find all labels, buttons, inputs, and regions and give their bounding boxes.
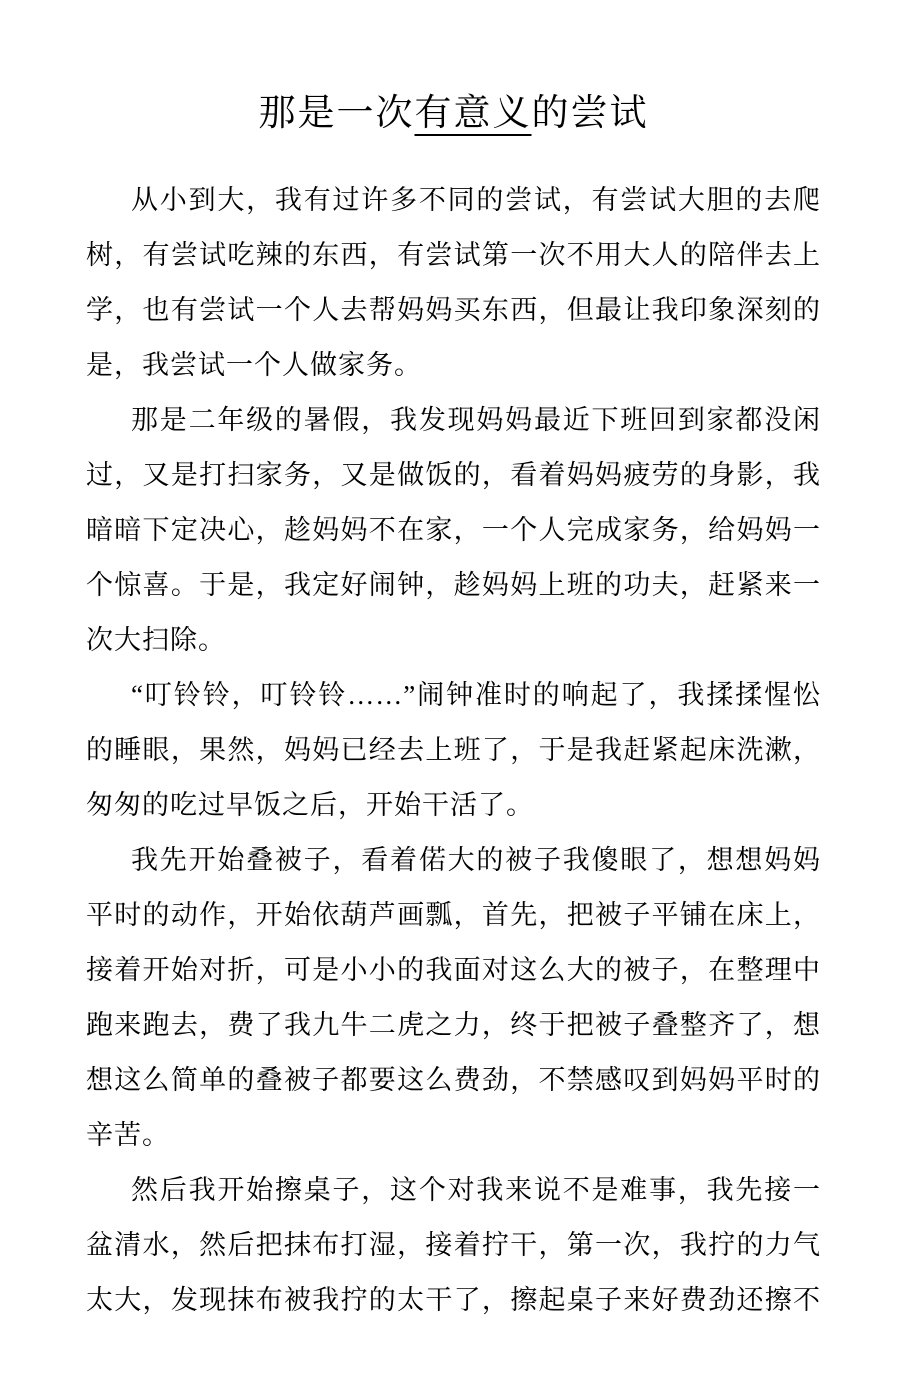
text-line: 的睡眼，果然，妈妈已经去上班了，于是我赶紧起床洗漱， — [86, 723, 821, 778]
paragraph: “叮铃铃，叮铃铃……”闹钟准时的响起了，我揉揉惺忪的睡眼，果然，妈妈已经去上班了… — [86, 668, 821, 833]
essay-title: 那是一次有意义的尝试 — [0, 0, 907, 138]
title-text-pre: 那是一次 — [259, 93, 415, 134]
text-line: 暗暗下定决心，趁妈妈不在家，一个人完成家务，给妈妈一 — [86, 503, 821, 558]
text-line: 接着开始对折，可是小小的我面对这么大的被子，在整理中 — [86, 943, 821, 998]
text-line: 个惊喜。于是，我定好闹钟，趁妈妈上班的功夫，赶紧来一 — [86, 558, 821, 613]
text-line: 从小到大，我有过许多不同的尝试，有尝试大胆的去爬 — [86, 173, 821, 228]
paragraph: 我先开始叠被子，看着偌大的被子我傻眼了，想想妈妈平时的动作，开始依葫芦画瓢，首先… — [86, 833, 821, 1163]
text-line: 学，也有尝试一个人去帮妈妈买东西，但最让我印象深刻的 — [86, 283, 821, 338]
title-text-underlined: 有意义 — [415, 93, 532, 134]
text-line: 那是二年级的暑假，我发现妈妈最近下班回到家都没闲 — [86, 393, 821, 448]
text-line: 是，我尝试一个人做家务。 — [86, 338, 821, 393]
text-line: 平时的动作，开始依葫芦画瓢，首先，把被子平铺在床上， — [86, 888, 821, 943]
text-line: 然后我开始擦桌子，这个对我来说不是难事，我先接一 — [86, 1163, 821, 1218]
text-line: 太大，发现抹布被我拧的太干了，擦起桌子来好费劲还擦不 — [86, 1273, 821, 1328]
text-line: “叮铃铃，叮铃铃……”闹钟准时的响起了，我揉揉惺忪 — [86, 668, 821, 723]
text-line: 过，又是打扫家务，又是做饭的，看着妈妈疲劳的身影，我 — [86, 448, 821, 503]
text-line: 树，有尝试吃辣的东西，有尝试第一次不用大人的陪伴去上 — [86, 228, 821, 283]
title-text-post: 的尝试 — [532, 93, 649, 134]
paragraph: 然后我开始擦桌子，这个对我来说不是难事，我先接一盆清水，然后把抹布打湿，接着拧干… — [86, 1163, 821, 1328]
text-line: 想这么简单的叠被子都要这么费劲，不禁感叹到妈妈平时的 — [86, 1053, 821, 1108]
text-line: 辛苦。 — [86, 1108, 821, 1163]
text-line: 次大扫除。 — [86, 613, 821, 668]
paragraph: 从小到大，我有过许多不同的尝试，有尝试大胆的去爬树，有尝试吃辣的东西，有尝试第一… — [86, 173, 821, 393]
text-line: 匆匆的吃过早饭之后，开始干活了。 — [86, 778, 821, 833]
paragraph: 那是二年级的暑假，我发现妈妈最近下班回到家都没闲过，又是打扫家务，又是做饭的，看… — [86, 393, 821, 668]
essay-body: 从小到大，我有过许多不同的尝试，有尝试大胆的去爬树，有尝试吃辣的东西，有尝试第一… — [86, 173, 821, 1328]
text-line: 跑来跑去，费了我九牛二虎之力，终于把被子叠整齐了，想 — [86, 998, 821, 1053]
text-line: 我先开始叠被子，看着偌大的被子我傻眼了，想想妈妈 — [86, 833, 821, 888]
text-line: 盆清水，然后把抹布打湿，接着拧干，第一次，我拧的力气 — [86, 1218, 821, 1273]
document-page: 那是一次有意义的尝试 从小到大，我有过许多不同的尝试，有尝试大胆的去爬树，有尝试… — [0, 0, 907, 1396]
